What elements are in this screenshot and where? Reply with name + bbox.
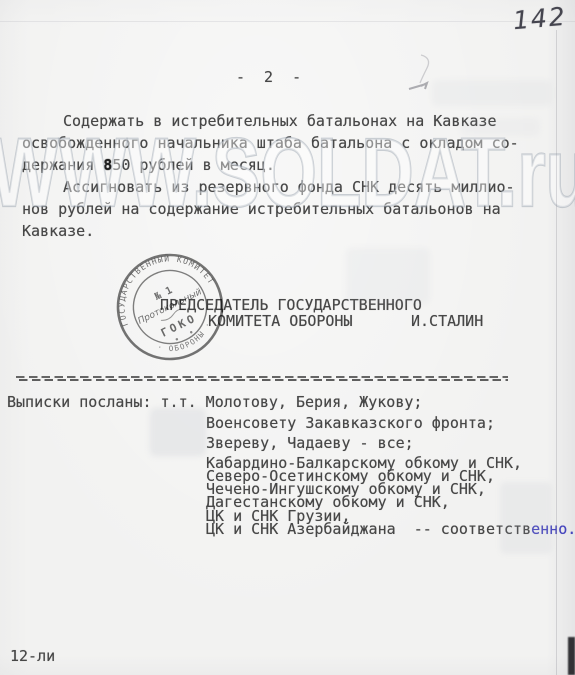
- para1-line2: освобожденного начальника штаба батальон…: [22, 135, 519, 152]
- document-scan-page: 142 - 2 - Содержать в истребительных бат…: [0, 0, 575, 675]
- handwritten-page-number: 142: [512, 2, 568, 36]
- para1-line1: Содержать в истребительных батальонах на…: [63, 113, 496, 130]
- overstruck-digit: 8: [103, 156, 112, 174]
- distribution-line-2: Звереву, Чадаеву - все;: [206, 435, 414, 452]
- seal-dot-right: [190, 331, 193, 334]
- dash-row-top: [16, 376, 508, 378]
- para2-line2: нов рублей на содержание истребительных …: [22, 201, 501, 218]
- para1-line3-rest: 50 рублей в месяц.: [112, 156, 275, 174]
- paper-crease: [0, 21, 575, 22]
- seal-dot-left: [175, 338, 178, 341]
- distribution-line-8-black: ЦК и СНК Азербайджана -- соответств: [206, 520, 531, 538]
- bleedthrough-blob-1: [150, 408, 206, 456]
- dashed-separator-line: [16, 376, 508, 382]
- dash-row-bottom: [19, 379, 508, 381]
- bleedthrough-blob-5: [460, 118, 540, 136]
- scan-corner-shadow: [568, 637, 575, 675]
- bleedthrough-blob-4: [432, 80, 552, 106]
- signature-name: И.СТАЛИН: [411, 313, 483, 330]
- bleedthrough-blob-2: [500, 482, 552, 554]
- para2-line3: Кавказе.: [22, 223, 94, 240]
- page-header-number: - 2 -: [236, 69, 301, 86]
- round-seal-stamp: ГОСУДАРСТВЕННЫЙ КОМИТЕТ · ОБОРОНЫ · № 1 …: [92, 229, 248, 385]
- typist-initials: 12-ли: [10, 648, 55, 665]
- para2-line1: Ассигновать из резервного фонда СНК деся…: [63, 179, 515, 196]
- para1-line3-pre: держания: [22, 156, 103, 174]
- distribution-intro: Выписки посланы: т.т. Молотову, Берия, Ж…: [7, 394, 422, 411]
- para1-line3: держания 850 рублей в месяц.: [22, 157, 275, 174]
- page-edge-line: [556, 30, 557, 675]
- distribution-line-1: Военсовету Закавказского фронта;: [206, 415, 495, 432]
- bleedthrough-blob-3: [346, 248, 430, 304]
